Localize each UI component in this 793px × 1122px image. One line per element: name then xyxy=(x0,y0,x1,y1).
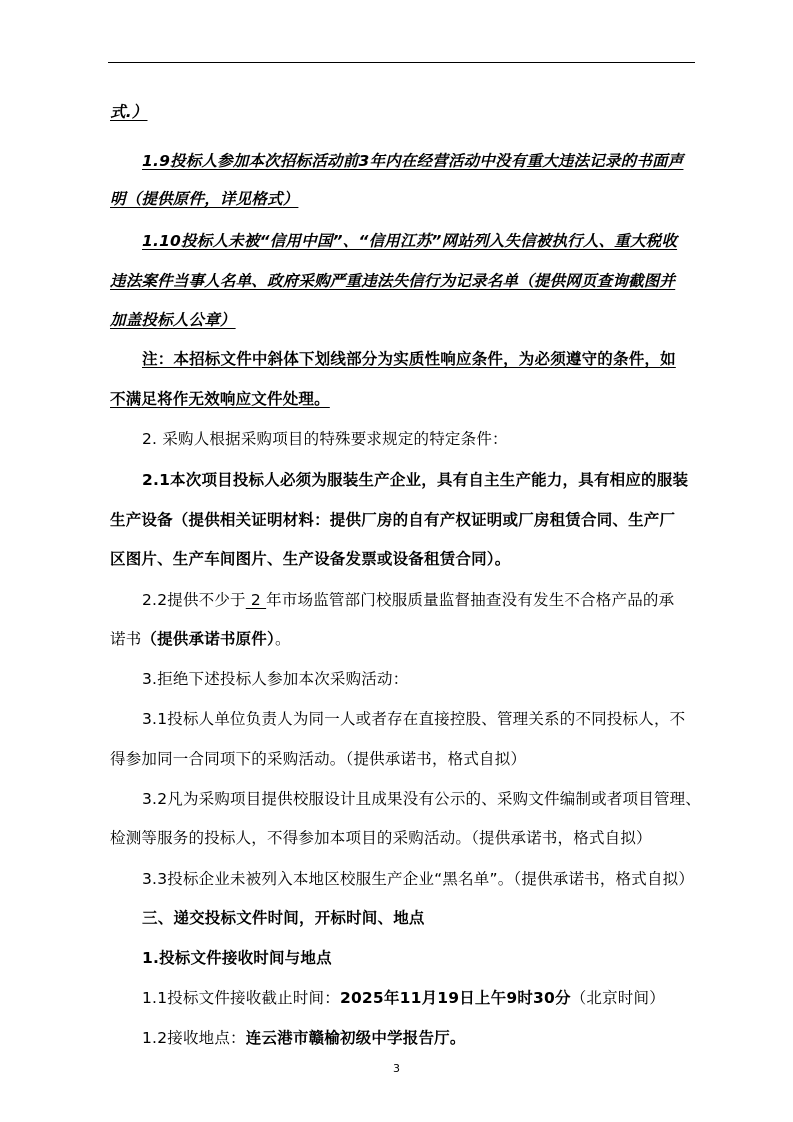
section-3-heading: 3.拒绝下述投标人参加本次采购活动： xyxy=(142,669,732,689)
header-rule xyxy=(108,62,695,63)
paragraph-line: 区图片、生产车间图片、生产设备发票或设备租赁合同）。 xyxy=(110,549,700,569)
requirement-1-10: 1.10投标人未被“信用中国”、“信用江苏”网站列入失信被执行人、重大税收 xyxy=(142,231,732,251)
section-2-heading: 2. 采购人根据采购项目的特殊要求规定的特定条件： xyxy=(142,429,732,449)
bold-span: （提供承诺书原件） xyxy=(141,630,275,648)
text-span: 2.2提供不少于 xyxy=(142,591,246,609)
paragraph-line: 不满足将作无效响应文件处理。 xyxy=(110,389,700,409)
text-span: 。 xyxy=(275,630,291,648)
paragraph-line: 式.） xyxy=(110,102,700,122)
requirement-3-2: 3.2凡为采购项目提供校服设计且成果没有公示的、采购文件编制或者项目管理、 xyxy=(142,789,732,809)
paragraph-line: 诺书（提供承诺书原件）。 xyxy=(110,629,700,649)
document-page: 式.） 1.9投标人参加本次招标活动前3年内在经营活动中没有重大违法记录的书面声… xyxy=(0,0,793,1122)
paragraph-line: 得参加同一合同项下的采购活动。（提供承诺书，格式自拟） xyxy=(110,749,700,769)
requirement-3-1: 3.1投标人单位负责人为同一人或者存在直接控股、管理关系的不同投标人，不 xyxy=(142,709,732,729)
text-span: 诺书 xyxy=(110,630,141,648)
paragraph-line: 生产设备（提供相关证明材料：提供厂房的自有产权证明或厂房租赁合同、生产厂 xyxy=(110,510,700,530)
paragraph-line: 明（提供原件，详见格式） xyxy=(110,189,700,209)
paragraph-line: 违法案件当事人名单、政府采购严重违法失信行为记录名单（提供网页查询截图并 xyxy=(110,271,700,291)
paragraph-line: 加盖投标人公章） xyxy=(110,310,700,330)
text-span: （北京时间） xyxy=(571,989,665,1007)
location-line: 1.2接收地点：连云港市赣榆初级中学报告厅。 xyxy=(142,1028,732,1048)
requirement-3-3: 3.3投标企业未被列入本地区校服生产企业“黑名单”。（提供承诺书，格式自拟） xyxy=(142,869,732,889)
requirement-2-1: 2.1本次项目投标人必须为服装生产企业，具有自主生产能力，具有相应的服装 xyxy=(142,470,732,490)
requirement-2-2: 2.2提供不少于 2 年市场监管部门校服质量监督抽查没有发生不合格产品的承 xyxy=(142,590,732,610)
deadline-value: 2025年11月19日上午9时30分 xyxy=(340,989,571,1007)
location-value: 连云港市赣榆初级中学报告厅。 xyxy=(246,1029,466,1047)
text-span: 年市场监管部门校服质量监督抽查没有发生不合格产品的承 xyxy=(266,591,674,609)
text-span: 1.1投标文件接收截止时间： xyxy=(142,989,340,1007)
years-field: 2 xyxy=(246,591,266,609)
subsection-heading: 1.投标文件接收时间与地点 xyxy=(142,948,732,968)
note-paragraph: 注：本招标文件中斜体下划线部分为实质性响应条件，为必须遵守的条件，如 xyxy=(142,349,732,369)
requirement-1-9: 1.9投标人参加本次招标活动前3年内在经营活动中没有重大违法记录的书面声 xyxy=(142,151,732,171)
deadline-line: 1.1投标文件接收截止时间：2025年11月19日上午9时30分（北京时间） xyxy=(142,988,732,1008)
text-span: 1.2接收地点： xyxy=(142,1029,246,1047)
page-number: 3 xyxy=(393,1062,400,1076)
paragraph-line: 检测等服务的投标人，不得参加本项目的采购活动。（提供承诺书，格式自拟） xyxy=(110,828,700,848)
section-three-heading: 三、递交投标文件时间，开标时间、地点 xyxy=(142,908,732,928)
